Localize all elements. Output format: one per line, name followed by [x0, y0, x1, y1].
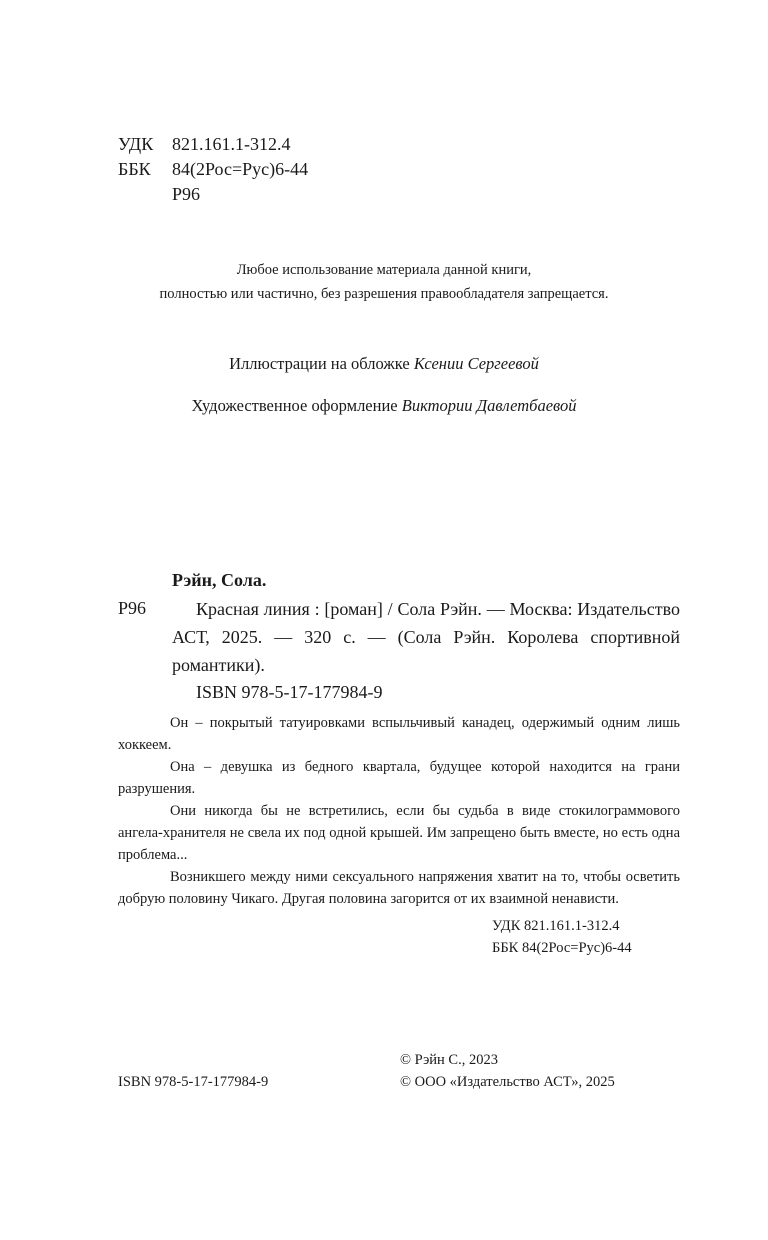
- annotation-bbk: ББК 84(2Рос=Рус)6-44: [492, 940, 632, 957]
- udk-label: УДК: [118, 134, 153, 155]
- annotation-paragraph: Она – девушка из бедного квартала, будущ…: [118, 756, 680, 800]
- design-credit: Художественное оформление Виктории Давле…: [0, 396, 768, 416]
- description-text: Красная линия : [роман] / Сола Рэйн. — М…: [172, 595, 680, 679]
- copyright-notice-line2: полностью или частично, без разрешения п…: [0, 286, 768, 303]
- bibliographic-description: Красная линия : [роман] / Сола Рэйн. — М…: [172, 595, 680, 679]
- annotation-paragraph: Он – покрытый татуировками вспыльчивый к…: [118, 712, 680, 756]
- design-label: Художественное оформление: [192, 396, 398, 415]
- bbk-label: ББК: [118, 159, 151, 180]
- author-mark: Р96: [172, 184, 200, 205]
- annotation-udk: УДК 821.161.1-312.4: [492, 918, 619, 935]
- record-isbn: ISBN 978-5-17-177984-9: [196, 682, 383, 703]
- annotation-paragraph: Возникшего между ними сексуального напря…: [118, 866, 680, 910]
- footer-isbn: ISBN 978-5-17-177984-9: [118, 1074, 268, 1091]
- copyright-notice-line1: Любое использование материала данной кни…: [0, 262, 768, 279]
- bbk-value: 84(2Рос=Рус)6-44: [172, 159, 308, 180]
- author-heading: Рэйн, Сола.: [172, 570, 266, 591]
- illustrator-name: Ксении Сергеевой: [414, 354, 539, 373]
- record-author-mark: Р96: [118, 598, 146, 619]
- annotation-paragraph: Они никогда бы не встретились, если бы с…: [118, 800, 680, 866]
- illustrations-label: Иллюстрации на обложке: [229, 354, 410, 373]
- designer-name: Виктории Давлетбаевой: [402, 396, 577, 415]
- udk-value: 821.161.1-312.4: [172, 134, 291, 155]
- annotation: Он – покрытый татуировками вспыльчивый к…: [118, 712, 680, 910]
- copyright-author: © Рэйн С., 2023: [400, 1052, 498, 1069]
- illustrations-credit: Иллюстрации на обложке Ксении Сергеевой: [0, 354, 768, 374]
- copyright-publisher: © ООО «Издательство АСТ», 2025: [400, 1074, 615, 1091]
